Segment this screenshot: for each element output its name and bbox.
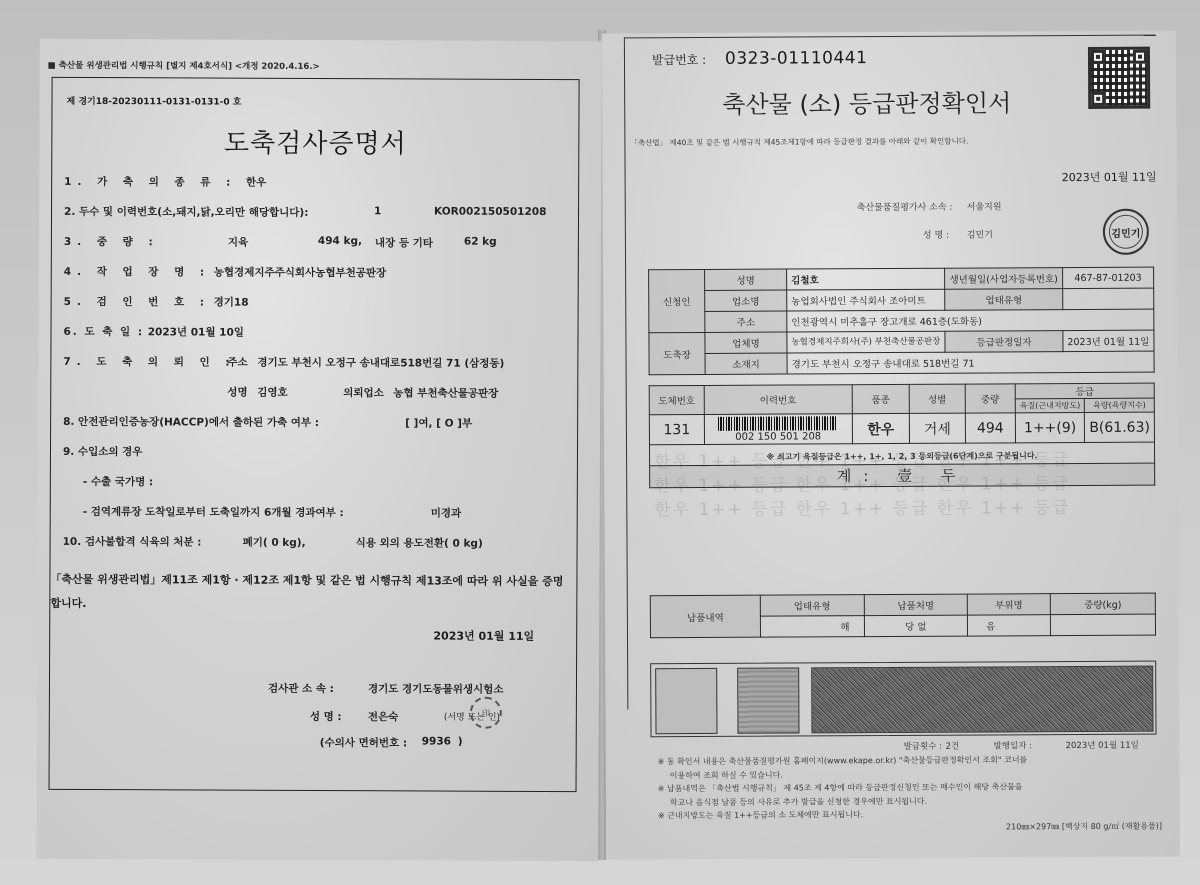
- field-stamp-number: 5. 검 인 번 호 : 경기18: [64, 294, 249, 310]
- trace-barcode: 002 150 501 208: [704, 414, 852, 445]
- grade-note: ※ 쇠고기 육질등급은 1++, 1+, 1, 2, 3 등외등급(6단계)으로…: [650, 450, 1154, 464]
- barcode-icon: [718, 416, 838, 431]
- field-weight: 3. 중 량 :: [64, 234, 159, 249]
- issue-date: 2023년 01월 11일: [1066, 739, 1139, 751]
- grader-affiliation: 서울지원: [967, 199, 1002, 212]
- paper-spec: 210㎜×297㎜ [백상지 80 g/㎡ (재활용품)]: [1006, 821, 1162, 833]
- inspector-affiliation: 경기도 경기도동물위생시험소: [368, 681, 504, 697]
- delivery-table: 납품내역 업태유형 납품처명 부위명 중량(kg) 해 당 없 음: [650, 593, 1156, 639]
- field-disposal: 10. 검사불합격 식육의 처분 :: [63, 534, 202, 550]
- inspector-seal: 印: [470, 697, 502, 729]
- legal-basis: 「축산법」 제40조 및 같은 법 시행규칙 제45조제1항에 따라 등급판정 …: [630, 136, 968, 149]
- sex: 거세: [909, 413, 965, 443]
- business-registration-number: 467-87-01203: [1062, 267, 1153, 288]
- disposal-other-use: 식용 외의 용도전환( 0 kg): [356, 535, 483, 551]
- field-export-country: - 수출 국가명 :: [83, 474, 153, 489]
- field-species: 1. 가 축 의 종 류 : 한우: [64, 174, 266, 190]
- field-quarantine: - 검역계류장 도착일로부터 도축일까지 6개월 경과여부 :: [83, 504, 344, 520]
- quality-grade: 1++(9): [1015, 412, 1084, 442]
- applicant-name: 김철호: [787, 268, 945, 290]
- head-count: 1: [374, 205, 381, 217]
- quarantine-status: 미경과: [431, 505, 462, 520]
- certificate-title: 축산물 (소) 등급판정확인서: [722, 83, 1011, 120]
- field-haccp: 8. 안전관리인증농장(HACCP)에서 출하된 가축 여부 :: [63, 414, 319, 430]
- applicant-table: 신청인 성명 김철호 생년월일(사업자등록번호) 467-87-01203 업소…: [648, 267, 1155, 376]
- certification-statement: 「축산물 위생관리법」제11조 제1항 · 제12조 제1항 및 같은 법 시행…: [50, 568, 565, 618]
- field-import: 9. 수입소의 경우: [63, 444, 143, 459]
- security-pattern-2: [737, 667, 799, 733]
- security-pattern-3: [811, 666, 1153, 734]
- slaughterhouse-company: 농협경제지주회사(주) 부천축산물공판장: [787, 331, 945, 353]
- footnotes: ※ 동 확인서 내용은 축산물품질평가원 홈페이지(www.ekape.or.k…: [658, 753, 1158, 823]
- grader-seal: 김민기: [1103, 209, 1149, 255]
- applicant-business: 농업회사법인 주식회사 조아미트: [787, 289, 945, 311]
- requester-name: 김영호: [257, 385, 288, 400]
- field-slaughter-date: 6. 도 축 일 : 2023년 01월 10일: [63, 324, 243, 340]
- requester-address: 경기도 부천시 오정구 송내대로518번길 71 (삼정동): [257, 355, 504, 371]
- offal-weight: 62 kg: [464, 236, 497, 248]
- form-caption: ■ 축산물 위생관리법 시행규칙 [별지 제4호서식] <개정 2020.4.1…: [48, 59, 320, 72]
- field-count-trace: 2. 두수 및 이력번호(소,돼지,닭,오리만 해당합니다):: [64, 204, 308, 220]
- slaughter-inspection-certificate: ■ 축산물 위생관리법 시행규칙 [별지 제4호서식] <개정 2020.4.1…: [36, 39, 602, 861]
- slaughterhouse-location: 경기도 부천시 오정구 송내대로 518번길 71: [787, 351, 1154, 374]
- vet-license-number: 9936: [422, 735, 451, 747]
- haccp-checkbox: [ ]여, [ O ]부: [405, 415, 472, 430]
- field-requester: 7. 도 축 의 뢰 인 :: [63, 354, 235, 370]
- requester-business: 농협 부천축산물공판장: [393, 385, 498, 400]
- qr-code-icon[interactable]: [1088, 47, 1150, 109]
- carcass-grade-table: 도체번호 이력번호 품종 성별 중량 등급 육질(근내지방도) 육량(육량지수)…: [649, 383, 1156, 489]
- issue-number: 발급번호 : 0323-01110441: [652, 48, 868, 69]
- breed: 한우: [852, 413, 910, 443]
- inspector-name: 전은숙: [368, 709, 399, 724]
- carcass-weight: 494: [965, 413, 1015, 443]
- field-workplace: 4. 작 업 장 명 : 농협경제지주주식회사농협부천공판장: [64, 264, 386, 280]
- disposal-discard: 폐기( 0 kg),: [243, 535, 306, 550]
- confirmation-date: 2023년 01월 11일: [1062, 169, 1157, 185]
- trace-number: KOR002150501208: [434, 205, 546, 217]
- carcass-weight: 494 kg,: [318, 235, 362, 247]
- grader-name: 김민기: [967, 227, 993, 240]
- security-pattern-1: [655, 668, 717, 734]
- security-watermark: 한우 1++ 등급 한우 1++ 등급 한우 1++ 등급 한우 1++ 등급 …: [649, 442, 1154, 466]
- issue-count: 2건: [946, 740, 960, 752]
- yield-grade: B(61.63): [1085, 412, 1155, 442]
- certificate-title: 도축검사증명서: [52, 122, 578, 161]
- applicant-address: 인천광역시 미추홀구 장고개로 461층(도화동): [787, 309, 1154, 332]
- certificate-frame: 제 경기18-20230111-0131-0131-0 호 도축검사증명서 1.…: [49, 77, 580, 792]
- grading-confirmation-certificate: 발급번호 : 0323-01110441 축산물 (소) 등급판정확인서 「축산…: [602, 31, 1180, 860]
- carcass-number: 131: [649, 414, 704, 444]
- grading-date: 2023년 01월 11일: [1063, 330, 1154, 351]
- issue-date: 2023년 01월 11일: [433, 628, 534, 644]
- document-number: 제 경기18-20230111-0131-0131-0 호: [66, 94, 241, 108]
- security-pattern-strip: [650, 661, 1156, 738]
- carcass-row: 131 002 150 501 208 한우 거세 494 1++(9) B(6…: [649, 412, 1154, 445]
